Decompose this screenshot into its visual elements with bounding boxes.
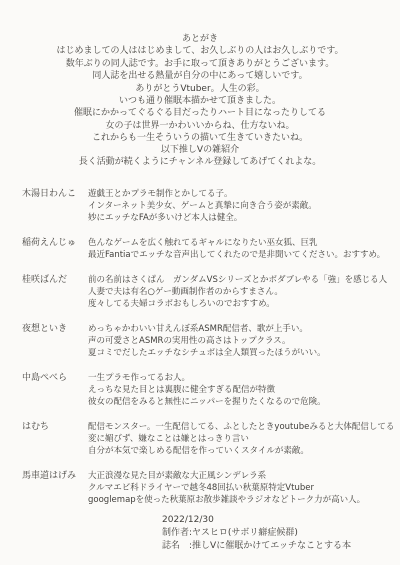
- vtuber-description: 遊戯王とかプラモ制作とかしてる子。 インターネット美少女、ゲームと真摯に向き合う…: [88, 188, 396, 224]
- vtuber-name: 中島ぺべら: [22, 372, 88, 384]
- description-line: めっちゃかわいい甘えんぼ系ASMR配信者、歌が上手い。: [88, 323, 396, 335]
- book-title: 誌名 :推しVに催眠かけてエッチなことする本: [162, 540, 351, 553]
- description-line: 前の名前はさくぱん ガンダムVSシリーズとかボダブレやる「強」を感じる人: [88, 274, 396, 286]
- description-line: クルマエビ科ドライヤーで越冬48回払い秋葉原特定Vtuber: [88, 482, 396, 494]
- vtuber-description: 色んなゲームを広く触れてるギャルになりたい巫女狐、巨乳 最近Fantiaでエッチ…: [88, 237, 396, 261]
- vtuber-name: 木湯日わんこ: [22, 188, 88, 200]
- afterword-line: いつも通り催眠本描かせて頂きました。: [0, 95, 400, 107]
- vtuber-name: 桂咲ばんだ: [22, 274, 88, 286]
- description-line: えっちな見た目とは裏腹に健全すぎる配信が特徴: [88, 384, 396, 396]
- afterword-section: あとがき はじめましての人ははじめまして、お久しぶりの人はお久しぶりです。 数年…: [0, 33, 400, 145]
- description-line: 妙にエッチなFAが多いけど本人は健全。: [88, 212, 396, 224]
- vtuber-name: 稲荷えんじゅ: [22, 237, 88, 249]
- vtuber-entry: 馬車道はげみ 大正浪漫な見た目が素敵な大正風シンデレラ系 クルマエビ科ドライヤー…: [22, 470, 396, 506]
- vtuber-name: 夜想といき: [22, 323, 88, 335]
- roster-intro-line: 以下推しVの雑紹介: [0, 144, 400, 156]
- page-title: あとがき: [0, 33, 400, 45]
- roster-intro-line: 長く活動が続くようにチャンネル登録してあげてくれよな。: [0, 156, 400, 168]
- author-credit: 制作者:ヤスヒロ(サボリ癖症候群): [162, 527, 351, 540]
- vtuber-entry: 中島ぺべら 一生プラモ作ってるお人。 えっちな見た目とは裏腹に健全すぎる配信が特…: [22, 372, 396, 408]
- scanned-page: あとがき はじめましての人ははじめまして、お久しぶりの人はお久しぶりです。 数年…: [0, 0, 400, 565]
- afterword-line: 数年ぶりの同人誌です。お手に取って頂きありがとうございます。: [0, 58, 400, 70]
- vtuber-entry: はむち 配信モンスター。一生配信してる、ふとしたときyoutubeみると大体配信…: [22, 421, 396, 457]
- description-line: 人妻で夫は有名○ゲー動画制作者のからすまさん。: [88, 286, 396, 298]
- publish-date: 2022/12/30: [162, 514, 351, 527]
- vtuber-description: めっちゃかわいい甘えんぼ系ASMR配信者、歌が上手い。 声の可愛さとASMRの実…: [88, 323, 396, 359]
- vtuber-description: 大正浪漫な見た目が素敵な大正風シンデレラ系 クルマエビ科ドライヤーで越冬48回払…: [88, 470, 396, 506]
- description-line: インターネット美少女、ゲームと真摯に向き合う姿が素敵。: [88, 200, 396, 212]
- description-line: googlemapを使った秋葉原お散歩雑談やラジオなどトーク力が高い人。: [88, 494, 396, 506]
- vtuber-name: はむち: [22, 421, 88, 433]
- description-line: 大正浪漫な見た目が素敵な大正風シンデレラ系: [88, 470, 396, 482]
- afterword-line: 女の子は世界一かわいいからね、仕方ないね。: [0, 120, 400, 132]
- description-line: 色んなゲームを広く触れてるギャルになりたい巫女狐、巨乳: [88, 237, 396, 249]
- vtuber-entry: 桂咲ばんだ 前の名前はさくぱん ガンダムVSシリーズとかボダブレやる「強」を感じ…: [22, 274, 396, 310]
- afterword-line: 催眠にかかってぐるぐる目だったりハート目になったりしてる: [0, 107, 400, 119]
- vtuber-name: 馬車道はげみ: [22, 470, 88, 482]
- description-line: 彼女の配信をみると無性にニッパーを握りたくなるので危険。: [88, 396, 396, 408]
- description-line: 配信モンスター。一生配信してる、ふとしたときyoutubeみると大体配信してる: [88, 421, 396, 433]
- description-line: 度々してる夫婦コラボおもしろいのでおすすめ。: [88, 298, 396, 310]
- description-line: 最近Fantiaでエッチな音声出してくれたので是非聞いてください。おすすめ。: [88, 249, 396, 261]
- description-line: 声の可愛さとASMRの実用性の高さはトップクラス。: [88, 335, 396, 347]
- vtuber-entry: 木湯日わんこ 遊戯王とかプラモ制作とかしてる子。 インターネット美少女、ゲームと…: [22, 188, 396, 224]
- description-line: 一生プラモ作ってるお人。: [88, 372, 396, 384]
- afterword-line: はじめましての人ははじめまして、お久しぶりの人はお久しぶりです。: [0, 45, 400, 57]
- description-line: 夏コミでだしたエッチなシチュボは全人類買ったほうがいい。: [88, 347, 396, 359]
- vtuber-description: 配信モンスター。一生配信してる、ふとしたときyoutubeみると大体配信してる …: [88, 421, 396, 457]
- vtuber-entry: 稲荷えんじゅ 色んなゲームを広く触れてるギャルになりたい巫女狐、巨乳 最近Fan…: [22, 237, 396, 261]
- vtuber-roster: 木湯日わんこ 遊戯王とかプラモ制作とかしてる子。 インターネット美少女、ゲームと…: [22, 188, 396, 519]
- vtuber-description: 前の名前はさくぱん ガンダムVSシリーズとかボダブレやる「強」を感じる人 人妻で…: [88, 274, 396, 310]
- roster-intro-section: 以下推しVの雑紹介 長く活動が続くようにチャンネル登録してあげてくれよな。: [0, 144, 400, 169]
- afterword-line: ありがとうVtuber。人生の彩。: [0, 83, 400, 95]
- description-line: 変に媚びず、嫌なことは嫌とはっきり言い: [88, 433, 396, 445]
- afterword-line: 同人誌を出せる熱量が自分の中にあって嬉しいです。: [0, 70, 400, 82]
- description-line: 遊戯王とかプラモ制作とかしてる子。: [88, 188, 396, 200]
- vtuber-description: 一生プラモ作ってるお人。 えっちな見た目とは裏腹に健全すぎる配信が特徴 彼女の配…: [88, 372, 396, 408]
- credits-section: 2022/12/30 制作者:ヤスヒロ(サボリ癖症候群) 誌名 :推しVに催眠か…: [162, 514, 351, 553]
- description-line: 自分が本気で楽しめる配信を作っていくスタイルが素敵。: [88, 445, 396, 457]
- afterword-line: これからも一生そういうの描いて生きていきたいね。: [0, 132, 400, 144]
- vtuber-entry: 夜想といき めっちゃかわいい甘えんぼ系ASMR配信者、歌が上手い。 声の可愛さと…: [22, 323, 396, 359]
